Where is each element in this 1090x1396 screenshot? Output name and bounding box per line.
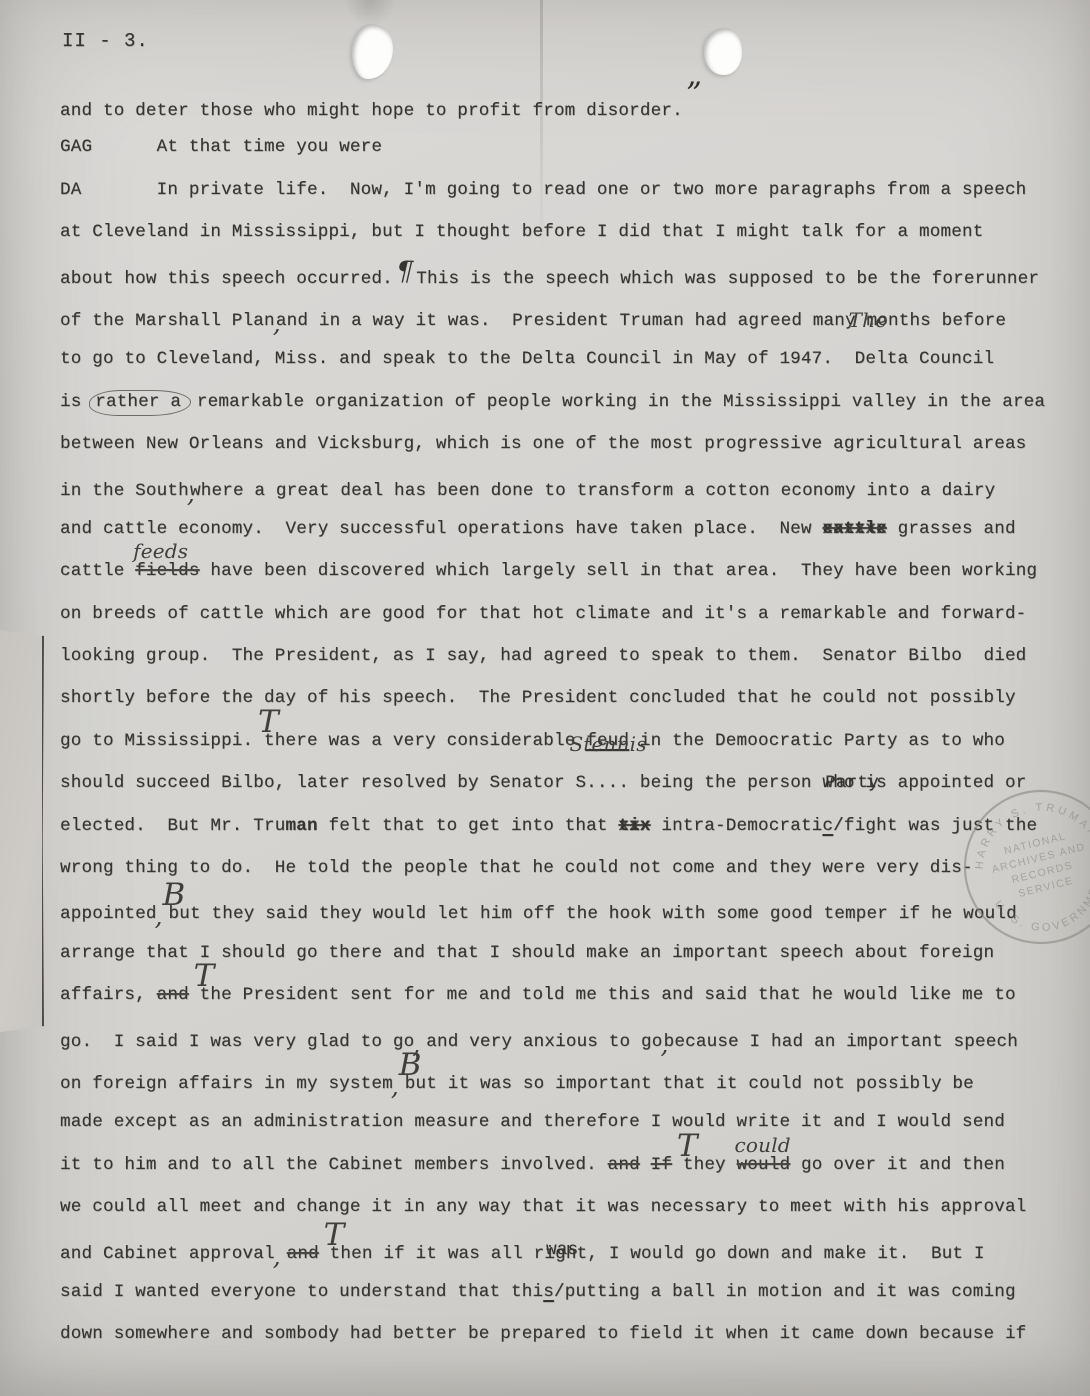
x-overtype-marks: xxx xyxy=(618,805,650,847)
typed-text: go. I said I was very glad to go xyxy=(60,1032,414,1052)
transcript-line: wrong thing to do. He told the people th… xyxy=(60,847,1045,889)
typed-text: DA In private life. Now, I'm going to re… xyxy=(60,180,1026,200)
typed-text: wrong thing to do. He told the people th… xyxy=(60,858,973,878)
typed-text: at Cleveland in Mississippi, but I thoug… xyxy=(60,222,983,242)
typed-text: on foreign affairs in my system xyxy=(60,1074,393,1094)
typed-insertion-above: was xyxy=(546,1229,578,1271)
typed-text: and in a way it was. President Truman ha… xyxy=(276,311,1006,331)
hand-corrected-word: Tthe xyxy=(200,974,232,1016)
handwritten-word-above: feeds xyxy=(133,530,188,572)
typed-text: go to Mississippi. xyxy=(60,731,264,751)
typed-text: they said they would let him off the hoo… xyxy=(201,904,1017,924)
typed-overtyped-text: man xyxy=(286,816,318,836)
typed-text: grasses and xyxy=(887,519,1016,539)
transcript-line: is rather a remarkable organization of p… xyxy=(60,381,1045,423)
handwritten-comma-mark: , xyxy=(273,1242,281,1271)
typed-text: remarkable organization of people workin… xyxy=(186,392,1045,412)
typed-text: affairs, xyxy=(60,985,157,1005)
pencil-struck-text: and xyxy=(608,1155,640,1175)
typed-text: down somewhere and sombody had better be… xyxy=(60,1324,1026,1344)
typed-text: we could all meet and change it in any w… xyxy=(60,1197,1026,1217)
typed-text: because I had an important speech xyxy=(664,1032,1018,1052)
handwritten-insertion-above: The xyxy=(849,299,888,341)
typed-text: where a great deal has been done to tran… xyxy=(190,481,995,501)
typed-text: /putting a ball in motion and it was com… xyxy=(554,1282,1016,1302)
typed-text: and to deter those who might hope to pro… xyxy=(60,101,683,121)
typed-text: cattle xyxy=(60,561,135,581)
typed-text: appointed xyxy=(60,904,157,924)
page-number: II - 3. xyxy=(62,30,149,52)
typed-text: it to him and to all the Cabinet members… xyxy=(60,1155,608,1175)
typed-text: and very anxious to go xyxy=(416,1032,663,1052)
typed-insertion-above: Party xyxy=(825,762,879,804)
typed-text: Delta Council xyxy=(855,349,995,369)
transcript-line: affairs, and Tthe President sent for me … xyxy=(60,974,1045,1016)
transcript-line: of the Marshall Plan,and in a way it was… xyxy=(60,296,1045,338)
hand-corrected-word: Tthere xyxy=(264,720,318,762)
transcript-line: and to deter those who might hope to pro… xyxy=(60,84,1045,126)
transcript-line: GAG At that time you were xyxy=(60,126,1045,168)
typed-text: to go to Cleveland, Miss. and speak to t… xyxy=(60,349,855,369)
typed-text: intra-Democrati xyxy=(651,816,823,836)
handwritten-insertion-above: Stennis xyxy=(569,723,646,765)
transcript-line: shortly before the day of his speech. Th… xyxy=(60,677,1045,719)
transcript-line: looking group. The President, as I say, … xyxy=(60,635,1045,677)
typed-text: it was so important that it could not po… xyxy=(437,1074,974,1094)
transcript-line: between New Orleans and Vicksburg, which… xyxy=(60,423,1045,465)
typed-text: S.... being the person who is appointed … xyxy=(575,773,1026,793)
hand-corrected-word: Tthey xyxy=(683,1144,726,1186)
transcript-line: DA In private life. Now, I'm going to re… xyxy=(60,169,1045,211)
handwritten-comma-mark: , xyxy=(273,309,281,338)
typed-text: on breeds of cattle which are good for t… xyxy=(60,604,1026,624)
document-page: II - 3. and to deter those who might hop… xyxy=(0,0,1090,1396)
transcript-line: go. I said I was very glad to go, and ve… xyxy=(60,1017,1045,1059)
transcript-line: about how this speech occurred.¶This is … xyxy=(60,254,1045,296)
punch-hole-left xyxy=(352,24,393,79)
x-ed-out-text: xxxxxxcattle xyxy=(822,508,886,550)
typed-text: was a very considerable xyxy=(318,731,586,751)
paper-tear-mark xyxy=(344,0,396,26)
handwritten-capital-overlay: B xyxy=(163,880,186,911)
typed-text: looking group. The President, as I say, … xyxy=(60,646,1026,666)
handwritten-capital-overlay: T xyxy=(324,1220,345,1251)
typed-text: of the Marshall Plan xyxy=(60,311,275,331)
typed-text: said I wanted everyone to understand tha… xyxy=(60,1282,543,1302)
typed-text: and Cabinet approval xyxy=(60,1244,275,1264)
typed-text: if it was all right, I would go down and… xyxy=(373,1244,985,1264)
typed-text: between New Orleans and Vicksburg, which… xyxy=(60,434,1026,454)
underlined-text: s xyxy=(543,1282,554,1302)
x-overtype-marks: xxxxxx xyxy=(822,508,886,550)
transcript-line: said I wanted everyone to understand tha… xyxy=(60,1271,1045,1313)
transcript-line: on breeds of cattle which are good for t… xyxy=(60,593,1045,635)
typed-text: shortly before the day of his speech. Th… xyxy=(60,688,1016,708)
transcript-line: in the South,where a great deal has been… xyxy=(60,466,1045,508)
transcript-line: at Cleveland in Mississippi, but I thoug… xyxy=(60,211,1045,253)
typed-text: have been discovered which largely sell … xyxy=(200,561,1038,581)
handwritten-dquote-mark: ” xyxy=(686,76,702,112)
transcript-line: down somewhere and sombody had better be… xyxy=(60,1313,1045,1355)
typed-text xyxy=(640,1155,651,1175)
handwritten-capital-overlay: T xyxy=(194,961,215,992)
typed-text: felt that to get into that xyxy=(318,816,619,836)
handwritten-capital-overlay: T xyxy=(258,707,279,738)
transcript-line: on foreign affairs in my system, Bbut it… xyxy=(60,1059,1045,1101)
handwritten-word-above: could xyxy=(735,1124,791,1166)
hand-corrected-word: Bbut xyxy=(405,1063,437,1105)
transcript-line: to go to Cleveland, Miss. and speak to t… xyxy=(60,338,1045,380)
typed-text: President sent for me and told me this a… xyxy=(232,985,1016,1005)
typed-text: should succeed Bilbo, later resolved by … xyxy=(60,773,575,793)
transcript-line: elected. But Mr. Truman felt that to get… xyxy=(60,805,1045,847)
hand-corrected-word: Bbut xyxy=(169,893,201,935)
transcript-line: we could all meet and change it in any w… xyxy=(60,1186,1045,1228)
transcript-line: made except as an administration measure… xyxy=(60,1101,1045,1143)
transcript-line: and cattle economy. Very successful oper… xyxy=(60,508,1045,550)
typed-text: This is the speech which was supposed to… xyxy=(416,269,1039,289)
typed-text: made except as an administration measure… xyxy=(60,1112,1005,1132)
typed-text: elected. But Mr. Tru xyxy=(60,816,286,836)
pencil-circled-text: rather a xyxy=(89,390,191,416)
handwritten-capital-overlay: T xyxy=(677,1131,698,1162)
handwritten-capital-overlay: B xyxy=(399,1050,422,1081)
typed-text: in the Demoocratic Party as to who xyxy=(629,731,1005,751)
transcript-line: should succeed Bilbo, later resolved by … xyxy=(60,762,1045,804)
hand-corrected-word: feedsfields xyxy=(135,550,199,592)
x-ed-out-text: xxxtix xyxy=(618,805,650,847)
handwritten-pilcrow-mark: ¶ xyxy=(395,250,414,293)
pencil-struck-text: If xyxy=(651,1155,672,1175)
pencil-struck-text: and xyxy=(157,985,189,1005)
typed-text: GAG At that time you were xyxy=(60,137,382,157)
hand-corrected-word: Tthen xyxy=(330,1233,373,1275)
transcript-line: it to him and to all the Cabinet members… xyxy=(60,1144,1045,1186)
transcript-body: and to deter those who might hope to pro… xyxy=(60,84,1045,1356)
tape-patch xyxy=(0,630,44,1032)
handwritten-comma-mark: , xyxy=(660,1030,668,1059)
transcript-line: go to Mississippi. Tthere was a very con… xyxy=(60,720,1045,762)
hand-corrected-word: couldwould xyxy=(737,1144,791,1186)
typed-text: is xyxy=(60,392,92,412)
pencil-struck-text: and xyxy=(287,1244,319,1264)
typed-text: about how this speech occurred. xyxy=(60,269,393,289)
typed-text: in the South xyxy=(60,481,189,501)
transcript-line: appointed, Bbut they said they would let… xyxy=(60,889,1045,931)
transcript-line: cattle feedsfields have been discovered … xyxy=(60,550,1045,592)
typed-text: go over it and then xyxy=(790,1155,1005,1175)
punch-hole-right xyxy=(704,28,742,75)
underlined-text: c xyxy=(822,816,833,836)
handwritten-comma-mark: , xyxy=(187,479,195,508)
